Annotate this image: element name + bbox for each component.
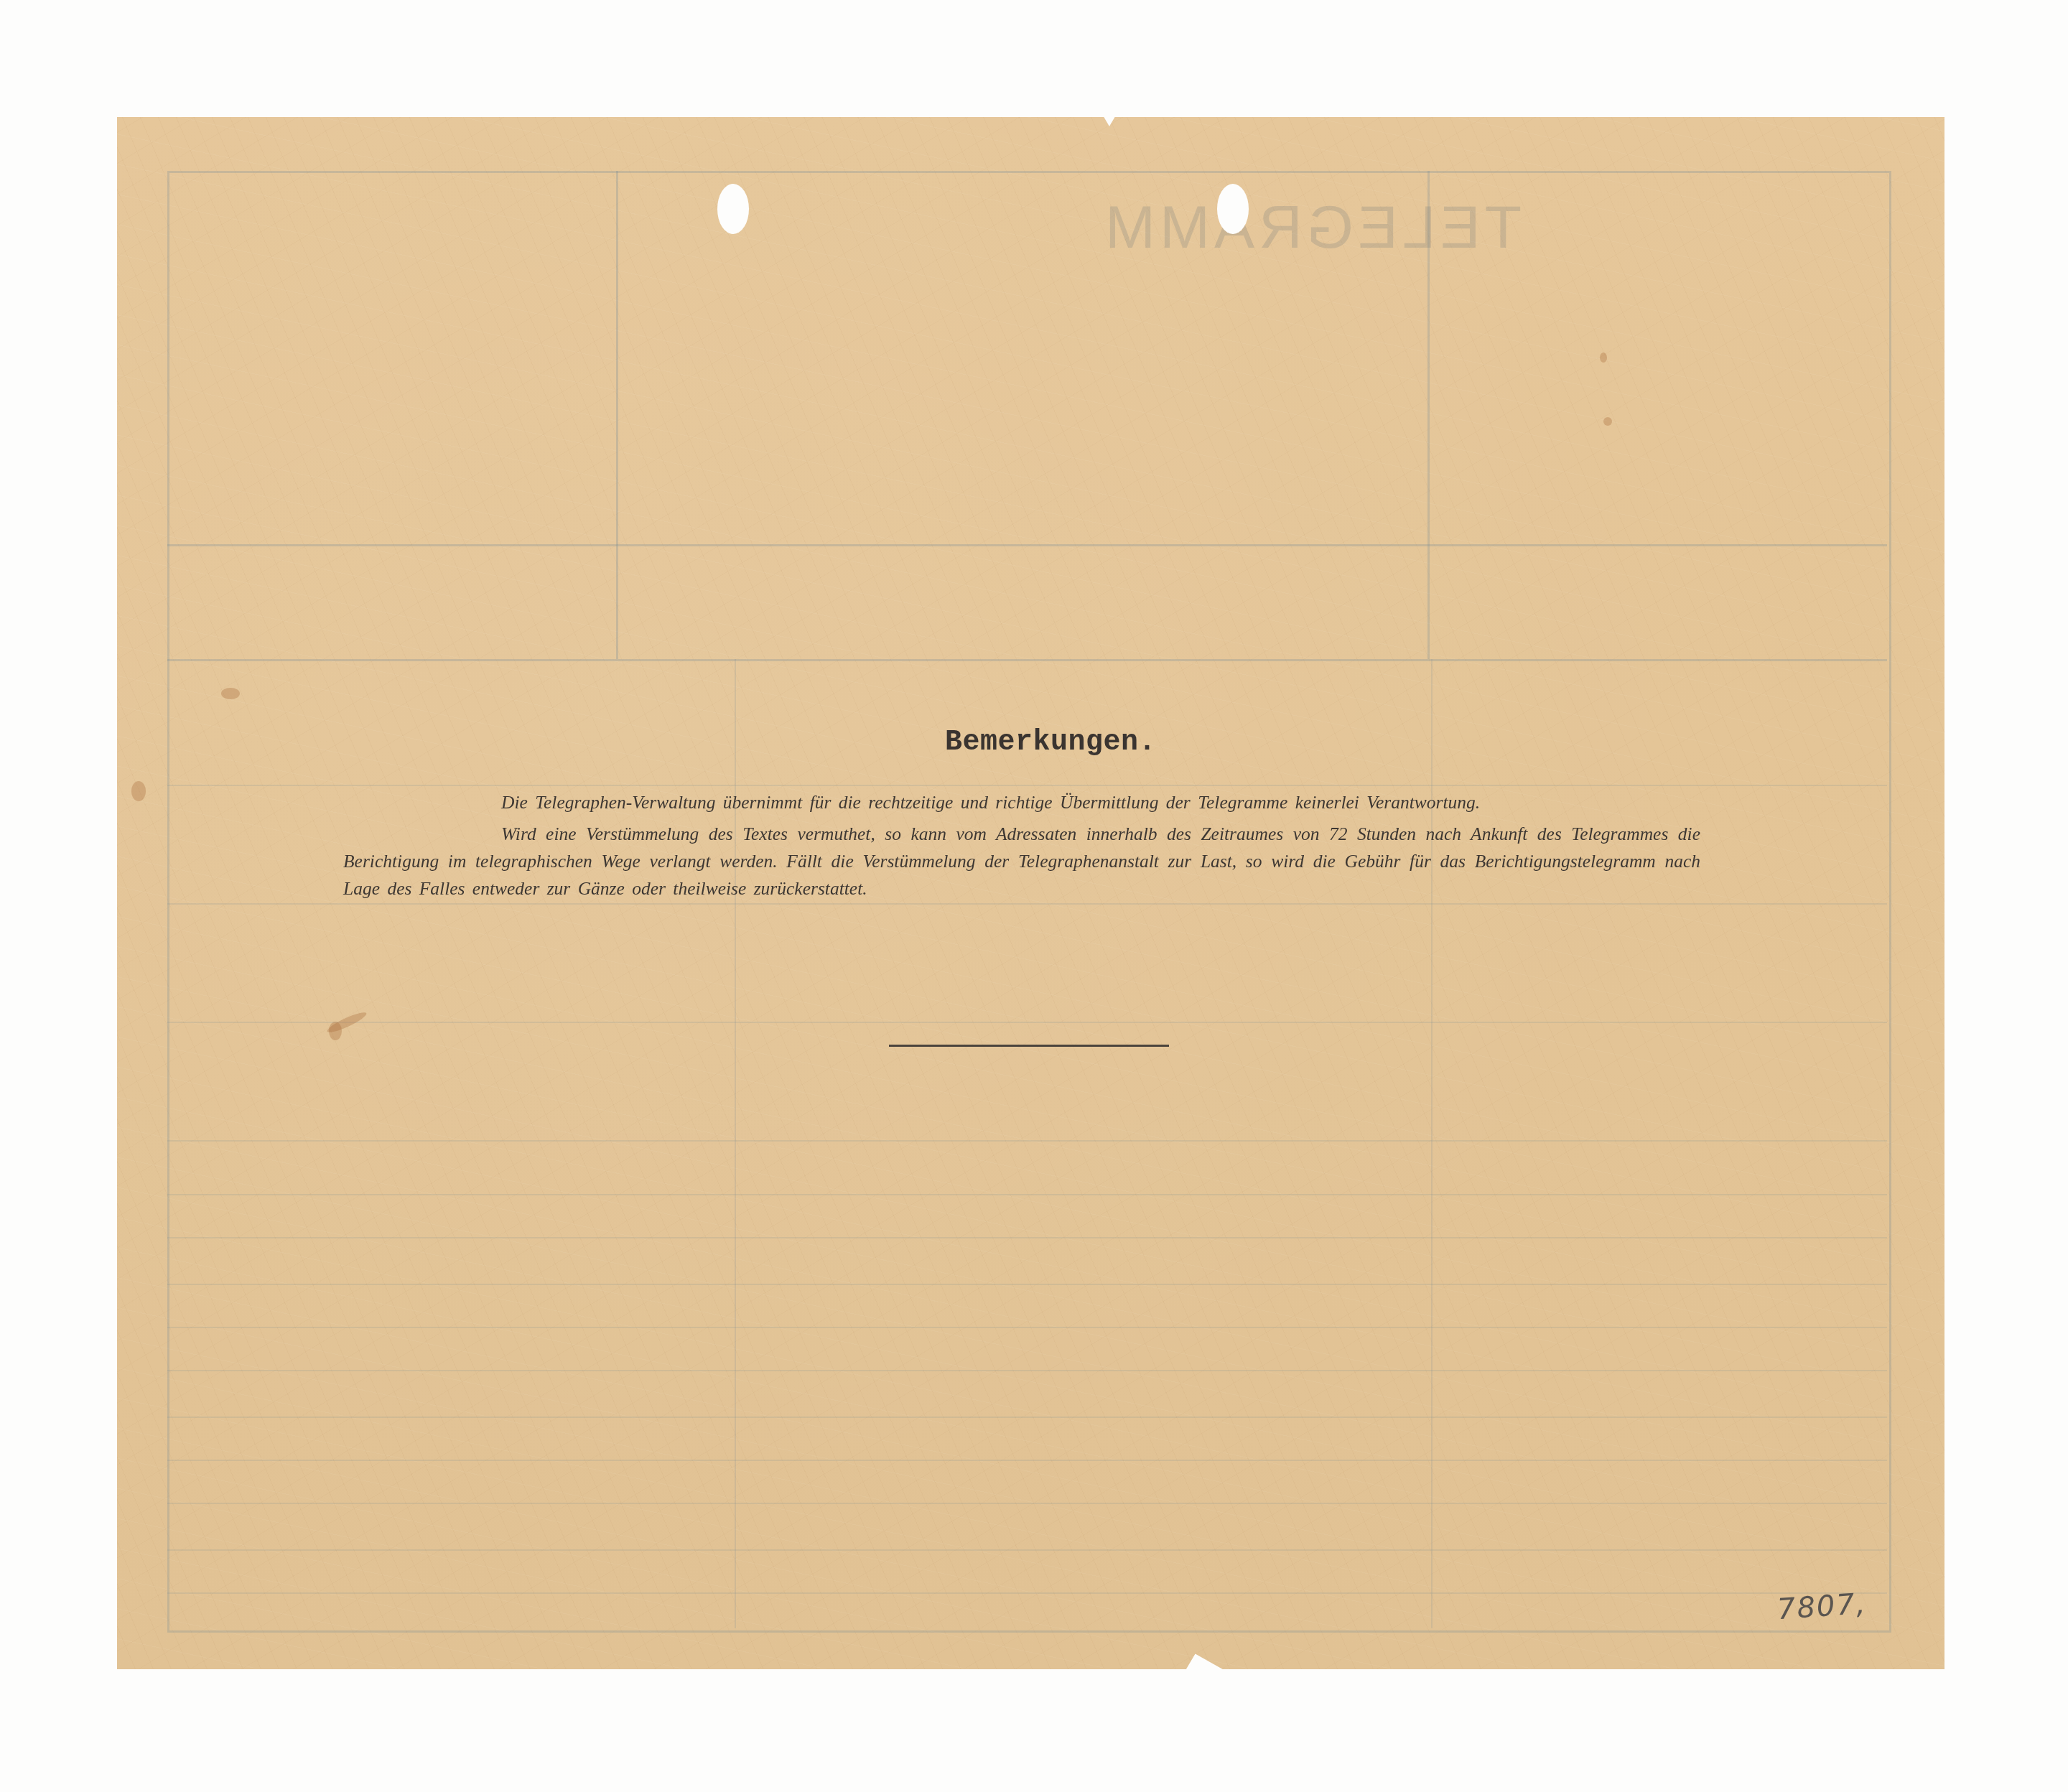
bleed-through-telegramm-title: TELEGRAMM xyxy=(1101,192,1522,262)
liability-disclaimer-paragraph: Die Telegraphen-Verwaltung übernimmt für… xyxy=(343,789,1700,816)
bleed-through-ruled-line xyxy=(167,1460,1887,1461)
bleed-through-ruled-line xyxy=(167,1327,1887,1328)
paper-stain xyxy=(131,781,146,801)
remarks-notice: Bemerkungen. Die Telegraphen-Verwaltung … xyxy=(343,727,1700,1047)
bleed-through-ruled-line xyxy=(167,1370,1887,1371)
punched-hole xyxy=(717,184,749,234)
bleed-through-ruled-line xyxy=(167,1549,1887,1551)
correction-request-paragraph: Wird eine Verstümmelung des Textes vermu… xyxy=(343,821,1700,902)
bleed-through-row-divider xyxy=(167,659,1887,661)
handwritten-catalogue-number: 7807, xyxy=(1776,1587,1868,1627)
paper-stain xyxy=(221,688,240,699)
bleed-through-ruled-line xyxy=(167,1237,1887,1238)
bleed-through-column-divider xyxy=(616,171,618,659)
punched-hole xyxy=(1217,184,1249,234)
bleed-through-ruled-line xyxy=(167,1592,1887,1594)
paper-stain xyxy=(1600,353,1607,363)
bleed-through-ruled-line xyxy=(167,1417,1887,1418)
bleed-through-ruled-line xyxy=(167,1503,1887,1504)
closing-rule xyxy=(889,1045,1169,1047)
paper-stain xyxy=(329,1022,342,1040)
bleed-through-ruled-line xyxy=(167,1284,1887,1285)
bleed-through-row-divider xyxy=(167,544,1887,546)
bleed-through-ruled-line xyxy=(167,1140,1887,1142)
bleed-through-ruled-line xyxy=(167,1194,1887,1195)
remarks-heading: Bemerkungen. xyxy=(343,727,1700,759)
paper-stain xyxy=(1603,417,1612,426)
